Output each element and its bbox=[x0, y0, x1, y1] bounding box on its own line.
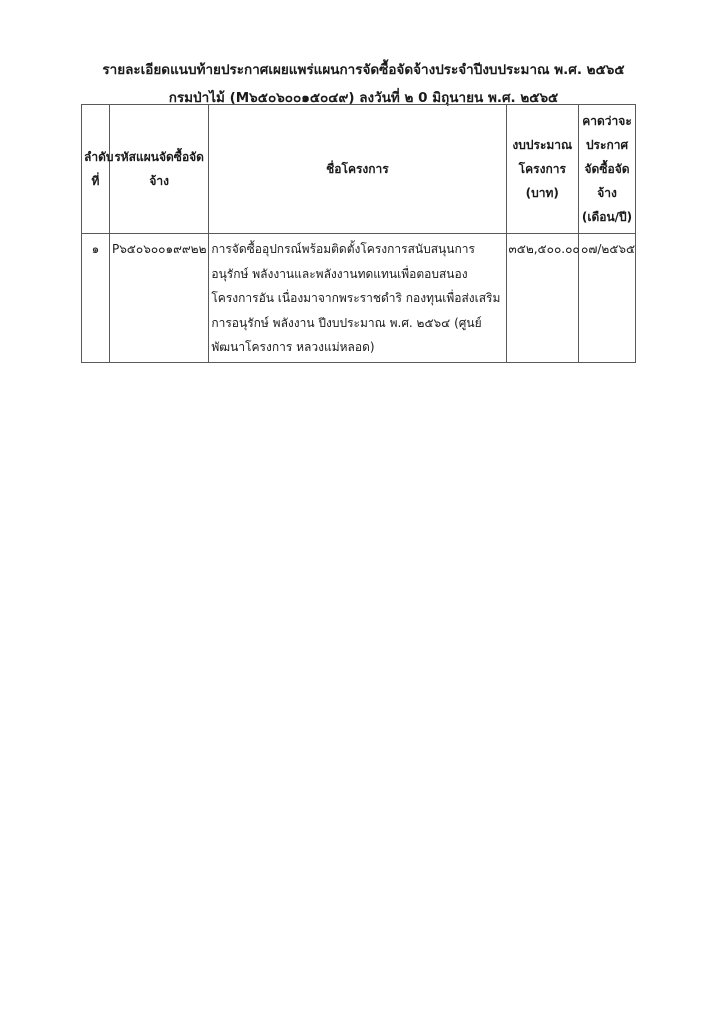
document-title: รายละเอียดแนบท้ายประกาศเผยแพร่แผนการจัดซ… bbox=[0, 58, 727, 80]
header-budget: งบประมาณโครงการ (บาท) bbox=[506, 105, 578, 234]
table-header-row: ลำดับที่ รหัสแผนจัดซื้อจัดจ้าง ชื่อโครงก… bbox=[82, 105, 636, 234]
cell-budget: ๓๕๒,๕๐๐.๐๐ bbox=[506, 234, 578, 363]
procurement-plan-table: ลำดับที่ รหัสแผนจัดซื้อจัดจ้าง ชื่อโครงก… bbox=[81, 104, 636, 363]
header-expected-announce: คาดว่าจะประกาศจัดซื้อจัดจ้าง (เดือน/ปี) bbox=[579, 105, 636, 234]
header-plan-code: รหัสแผนจัดซื้อจัดจ้าง bbox=[109, 105, 208, 234]
header-project-name: ชื่อโครงการ bbox=[209, 105, 506, 234]
cell-plan-code: P๖๕๐๖๐๐๑๙๙๒๒ bbox=[109, 234, 208, 363]
header-seq: ลำดับที่ bbox=[82, 105, 110, 234]
cell-project-name: การจัดซื้ออุปกรณ์พร้อมติดตั้งโครงการสนับ… bbox=[209, 234, 506, 363]
cell-expected-announce: ๐๗/๒๕๖๕ bbox=[579, 234, 636, 363]
cell-seq: ๑ bbox=[82, 234, 110, 363]
table-row: ๑ P๖๕๐๖๐๐๑๙๙๒๒ การจัดซื้ออุปกรณ์พร้อมติด… bbox=[82, 234, 636, 363]
